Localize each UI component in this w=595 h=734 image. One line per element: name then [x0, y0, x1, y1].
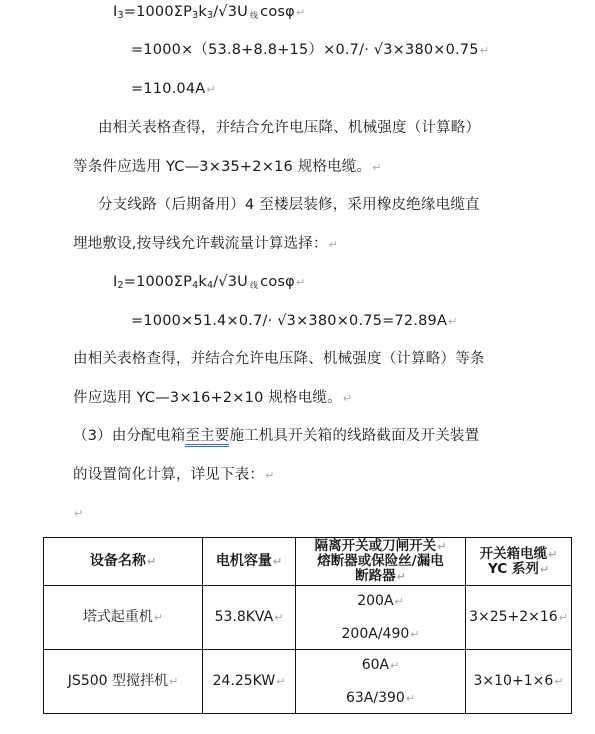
paragraph-mark-icon: ↵ — [273, 555, 282, 568]
paragraph-mark-icon: ↵ — [276, 675, 285, 688]
calc-i3-step: =1000×（53.8+8.8+15）×0.7/· √3×380×0.75↵ — [131, 40, 489, 61]
cell-device-name: JS500 型搅拌机↵ — [44, 650, 203, 714]
paragraph-mark-icon: ↵ — [390, 659, 399, 672]
paragraph-2-line-1: 分支线路（后期备用）4 至楼层装修，采用橡皮绝缘电缆直 — [98, 195, 480, 215]
paragraph-2-line-2: 埋地敷设,按导线允许载流量计算选择：↵ — [73, 234, 338, 255]
paragraph-3-line-1: 由相关表格查得，并结合允许电压降、机械强度（计算略）等条 — [73, 349, 485, 369]
paragraph-mark-icon: ↵ — [559, 611, 568, 624]
formula-i3: I3=1000ΣP3k3/√3U线cosφ↵ — [113, 2, 305, 26]
paragraph-1-line-1: 由相关表格查得，并结合允许电压降、机械强度（计算略） — [98, 118, 480, 138]
paragraph-mark-icon: ↵ — [480, 44, 489, 57]
cell-switch-devices: 200A↵ 200A/490↵ — [296, 586, 466, 650]
equipment-spec-table: 设备名称↵ 电机容量↵ 隔离开关或刀闸开关↵ 熔断器或保险丝/漏电 断路器↵ 开… — [43, 537, 572, 714]
paragraph-mark-icon: ↵ — [154, 611, 163, 624]
header-device-name: 设备名称↵ — [44, 538, 203, 586]
paragraph-mark-icon: ↵ — [410, 628, 419, 641]
calc-i3-result: =110.04A↵ — [131, 79, 216, 100]
paragraph-mark-icon: ↵ — [395, 595, 404, 608]
subscript: 线 — [250, 281, 258, 290]
body-text: 由相关表格查得，并结合允许电压降、机械强度（计算略）等条 — [73, 351, 485, 367]
formula-text: k — [198, 274, 207, 290]
formula-text: =1000ΣP — [124, 274, 192, 290]
paragraph-mark-icon: ↵ — [296, 276, 305, 289]
body-text: （3）由分配电箱 — [73, 428, 185, 444]
cell-motor-capacity: 53.8KVA↵ — [203, 586, 296, 650]
paragraph-3-line-2: 件应选用 YC—3×16+2×10 规格电缆。↵ — [73, 388, 352, 409]
cell-motor-capacity: 24.25KW↵ — [203, 650, 296, 714]
body-text: 的设置简化计算，详见下表： — [73, 467, 264, 483]
paragraph-4-line-1: （3）由分配电箱至主要施工机具开关箱的线路截面及开关装置 — [73, 426, 479, 446]
paragraph-4-line-2: 的设置简化计算，详见下表：↵ — [73, 465, 275, 486]
formula-i2: I2=1000ΣP4k4/√3U线cosφ↵ — [113, 272, 305, 296]
body-text: 分支线路（后期备用）4 至楼层装修，采用橡皮绝缘电缆直 — [98, 197, 480, 213]
paragraph-mark-icon: ↵ — [437, 540, 446, 553]
paragraph-mark-icon: ↵ — [206, 83, 215, 96]
paragraph-mark-icon: ↵ — [372, 161, 381, 174]
paragraph-mark-icon: ↵ — [147, 555, 156, 568]
formula-text: /√3U — [213, 274, 248, 290]
paragraph-mark-icon: ↵ — [448, 315, 457, 328]
table-row: 塔式起重机↵ 53.8KVA↵ 200A↵ 200A/490↵ 3×25+2×1… — [44, 586, 572, 650]
formula-text: cosφ — [260, 274, 295, 290]
body-text: 等条件应选用 YC—3×35+2×16 规格电缆。 — [73, 159, 371, 175]
formula-text: =110.04A — [131, 81, 205, 97]
paragraph-mark-icon: ↵ — [265, 469, 274, 482]
paragraph-mark-icon: ↵ — [169, 675, 178, 688]
paragraph-mark-icon: ↵ — [554, 675, 563, 688]
cell-cable: 3×10+1×6↵ — [466, 650, 572, 714]
paragraph-mark-icon: ↵ — [540, 563, 549, 576]
empty-paragraph: ↵ — [73, 503, 83, 524]
paragraph-mark-icon: ↵ — [329, 238, 338, 251]
subscript: 线 — [250, 11, 258, 20]
formula-text: /√3U — [213, 4, 248, 20]
formula-text: =1000ΣP — [124, 4, 192, 20]
cell-switch-devices: 60A↵ 63A/390↵ — [296, 650, 466, 714]
header-cable: 开关箱电缆↵ YC 系列↵ — [466, 538, 572, 586]
body-text: 由相关表格查得，并结合允许电压降、机械强度（计算略） — [98, 120, 480, 136]
formula-text: =1000×（53.8+8.8+15）×0.7/· √3×380×0.75 — [131, 42, 479, 58]
paragraph-mark-icon: ↵ — [74, 507, 83, 520]
body-text: 件应选用 YC—3×16+2×10 规格电缆。 — [73, 390, 342, 406]
table-row: JS500 型搅拌机↵ 24.25KW↵ 60A↵ 63A/390↵ 3×10+… — [44, 650, 572, 714]
paragraph-mark-icon: ↵ — [397, 570, 406, 583]
body-text: 埋地敷设,按导线允许载流量计算选择： — [73, 236, 328, 252]
cell-cable: 3×25+2×16↵ — [466, 586, 572, 650]
formula-text: =1000×51.4×0.7/· √3×380×0.75=72.89A — [131, 313, 447, 329]
body-text: 施工机具开关箱的线路截面及开关装置 — [229, 428, 479, 444]
formula-text: k — [198, 4, 207, 20]
cell-device-name: 塔式起重机↵ — [44, 586, 203, 650]
grammar-check-underline[interactable]: 至主要 — [185, 428, 229, 447]
formula-text: cosφ — [260, 4, 295, 20]
paragraph-1-line-2: 等条件应选用 YC—3×35+2×16 规格电缆。↵ — [73, 157, 382, 178]
table-header-row: 设备名称↵ 电机容量↵ 隔离开关或刀闸开关↵ 熔断器或保险丝/漏电 断路器↵ 开… — [44, 538, 572, 586]
paragraph-mark-icon: ↵ — [406, 692, 415, 705]
calc-i2-step: =1000×51.4×0.7/· √3×380×0.75=72.89A↵ — [131, 311, 458, 332]
paragraph-mark-icon: ↵ — [296, 6, 305, 19]
paragraph-mark-icon: ↵ — [274, 611, 283, 624]
header-switch-devices: 隔离开关或刀闸开关↵ 熔断器或保险丝/漏电 断路器↵ — [296, 538, 466, 586]
paragraph-mark-icon: ↵ — [548, 548, 557, 561]
header-motor-capacity: 电机容量↵ — [203, 538, 296, 586]
paragraph-mark-icon: ↵ — [343, 392, 352, 405]
